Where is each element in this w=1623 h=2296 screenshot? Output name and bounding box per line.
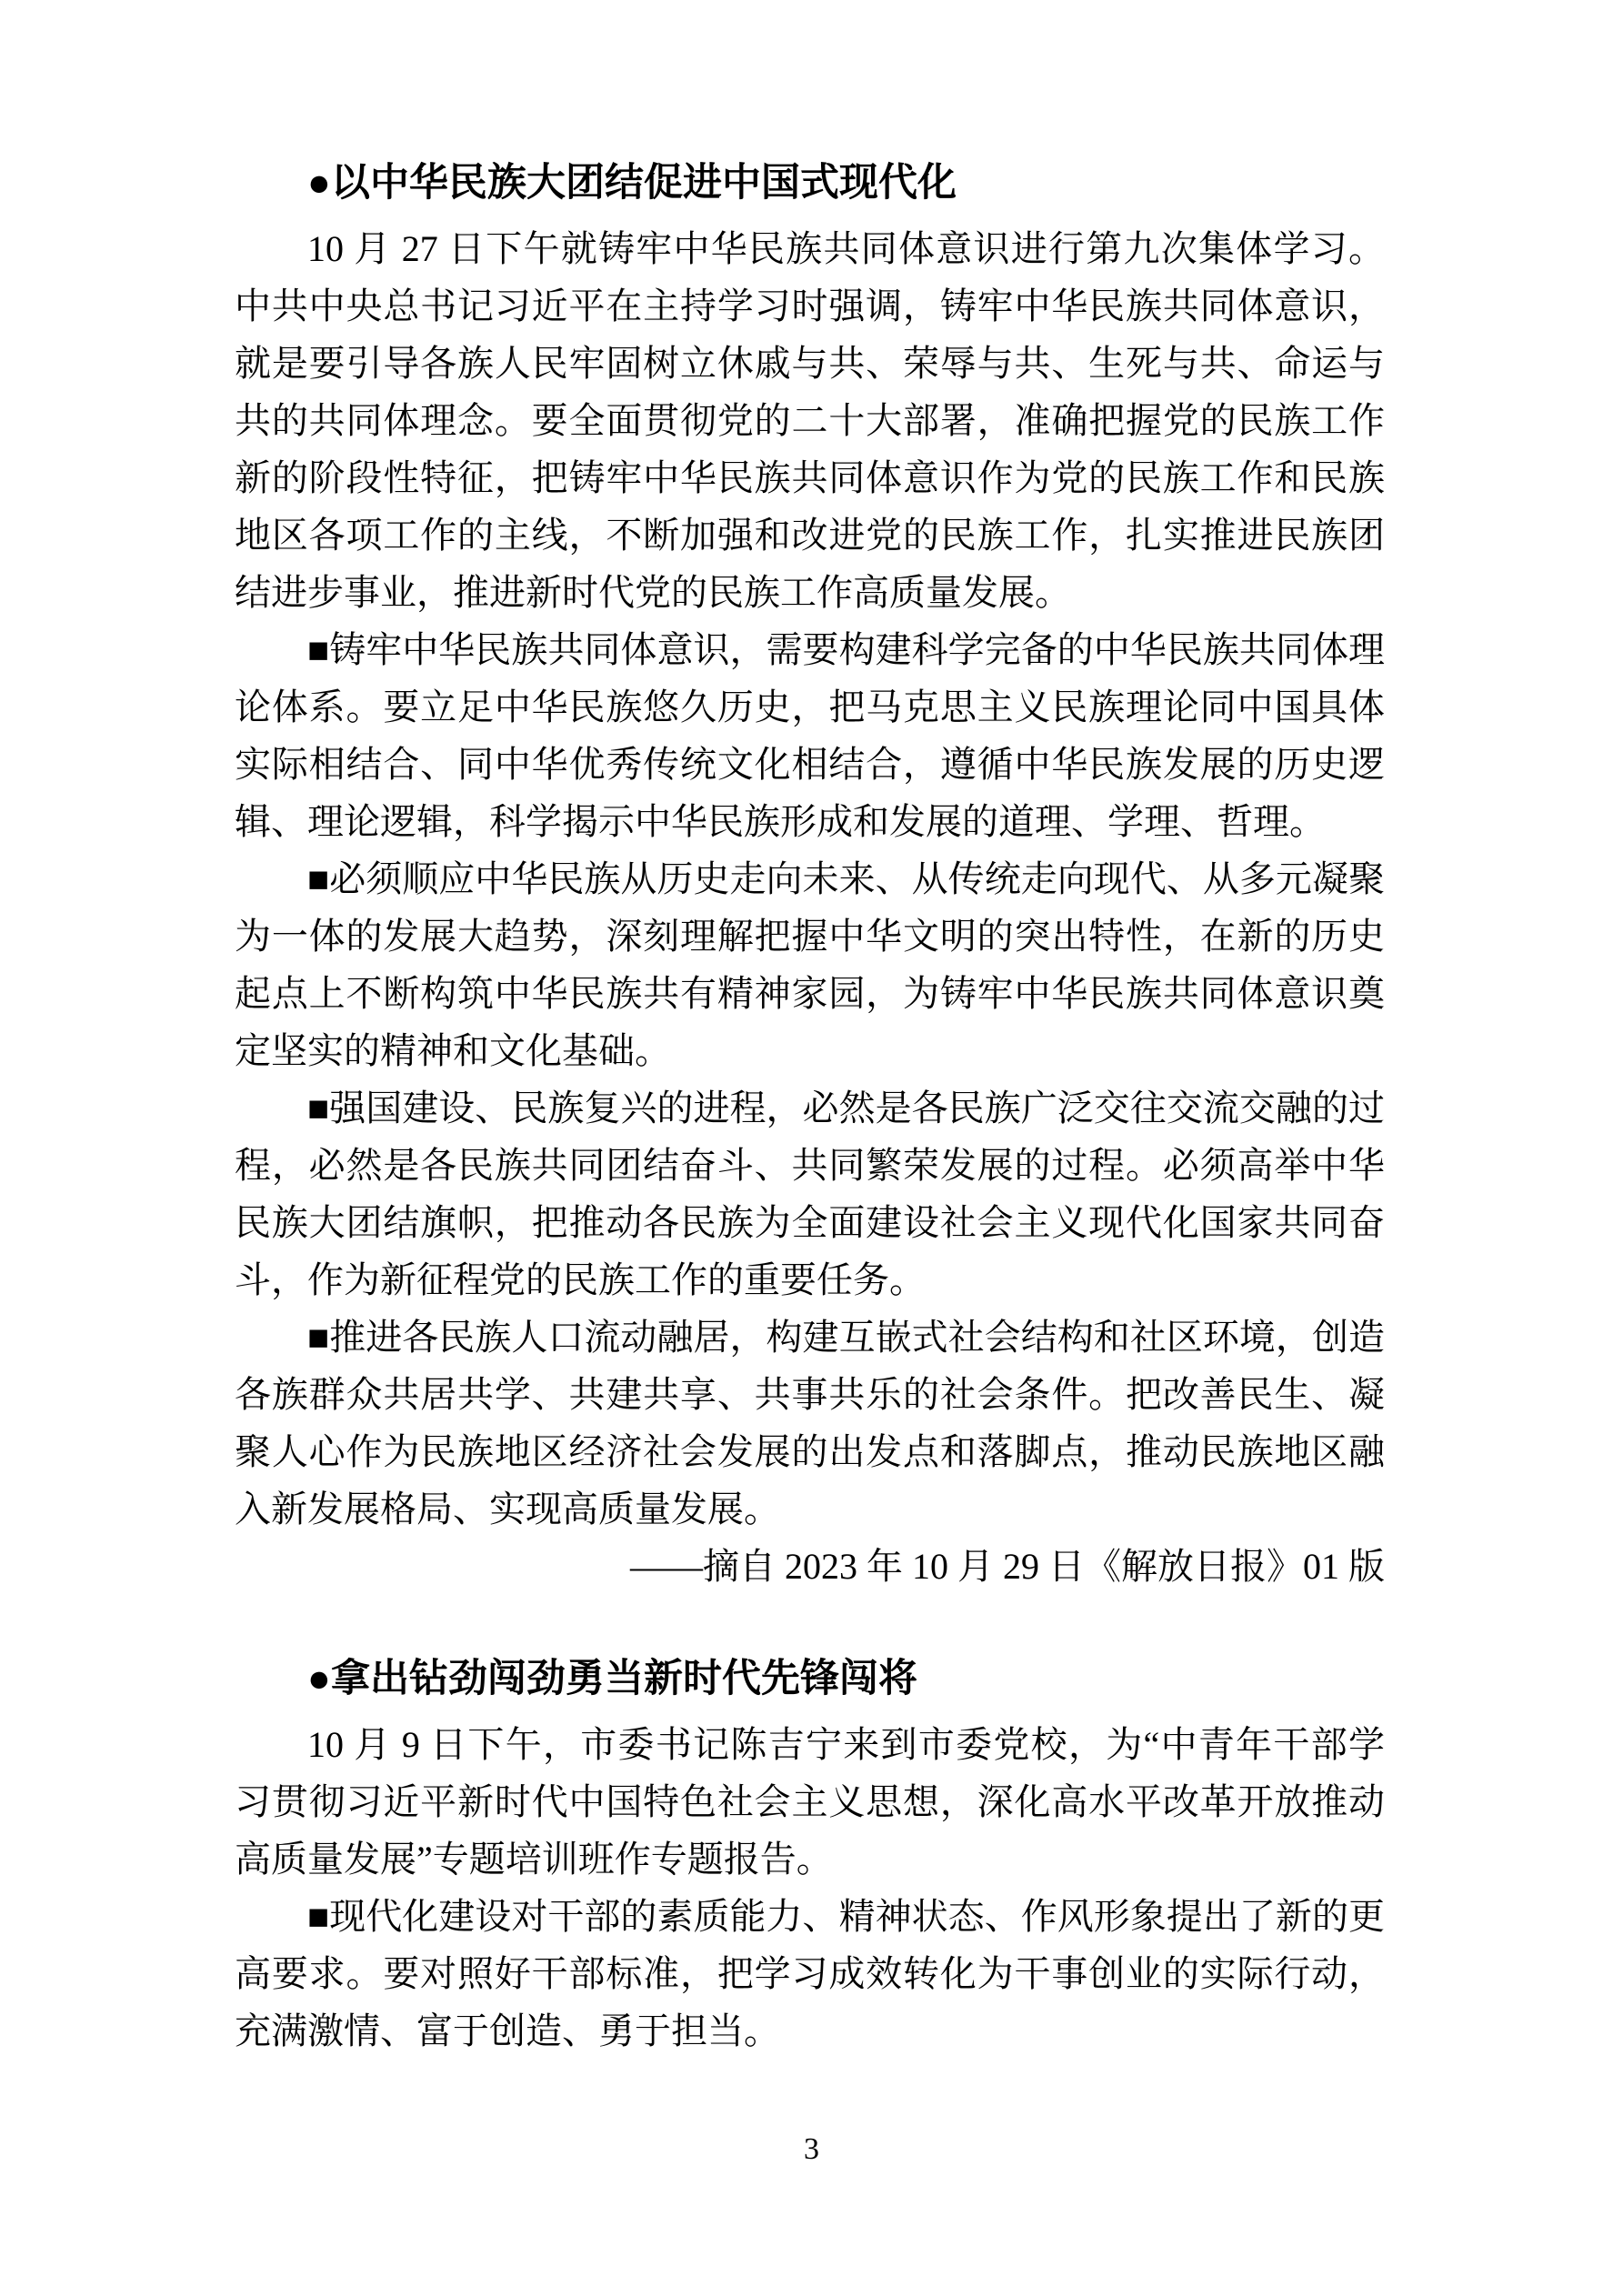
section-heading-national-unity: ●以中华民族大团结促进中国式现代化 <box>235 155 1385 212</box>
body-paragraph: ■必须顺应中华民族从历史走向未来、从传统走向现代、从多元凝聚为一体的发展大趋势，… <box>235 850 1385 1079</box>
body-paragraph: ■铸牢中华民族共同体意识，需要构建科学完备的中华民族共同体理论体系。要立足中华民… <box>235 621 1385 850</box>
section-pioneer-spirit: ●拿出钻劲闯劲勇当新时代先锋闯将 10 月 9 日下午，市委书记陈吉宁来到市委党… <box>235 1650 1385 2060</box>
source-attribution: ——摘自 2023 年 10 月 29 日《解放日报》01 版 <box>235 1538 1385 1595</box>
body-paragraph: 10 月 27 日下午就铸牢中华民族共同体意识进行第九次集体学习。中共中央总书记… <box>235 220 1385 621</box>
body-paragraph: ■现代化建设对干部的素质能力、精神状态、作风形象提出了新的更高要求。要对照好干部… <box>235 1888 1385 2060</box>
page-number: 3 <box>0 2131 1623 2168</box>
body-paragraph: ■推进各民族人口流动融居，构建互嵌式社会结构和社区环境，创造各族群众共居共学、共… <box>235 1308 1385 1538</box>
document-page: ●以中华民族大团结促进中国式现代化 10 月 27 日下午就铸牢中华民族共同体意… <box>0 0 1623 2296</box>
section-heading-pioneer-spirit: ●拿出钻劲闯劲勇当新时代先锋闯将 <box>235 1650 1385 1708</box>
section-national-unity: ●以中华民族大团结促进中国式现代化 10 月 27 日下午就铸牢中华民族共同体意… <box>235 155 1385 1595</box>
page-content: ●以中华民族大团结促进中国式现代化 10 月 27 日下午就铸牢中华民族共同体意… <box>0 0 1623 2060</box>
body-paragraph: ■强国建设、民族复兴的进程，必然是各民族广泛交往交流交融的过程，必然是各民族共同… <box>235 1079 1385 1308</box>
body-paragraph: 10 月 9 日下午，市委书记陈吉宁来到市委党校，为“中青年干部学习贯彻习近平新… <box>235 1716 1385 1888</box>
